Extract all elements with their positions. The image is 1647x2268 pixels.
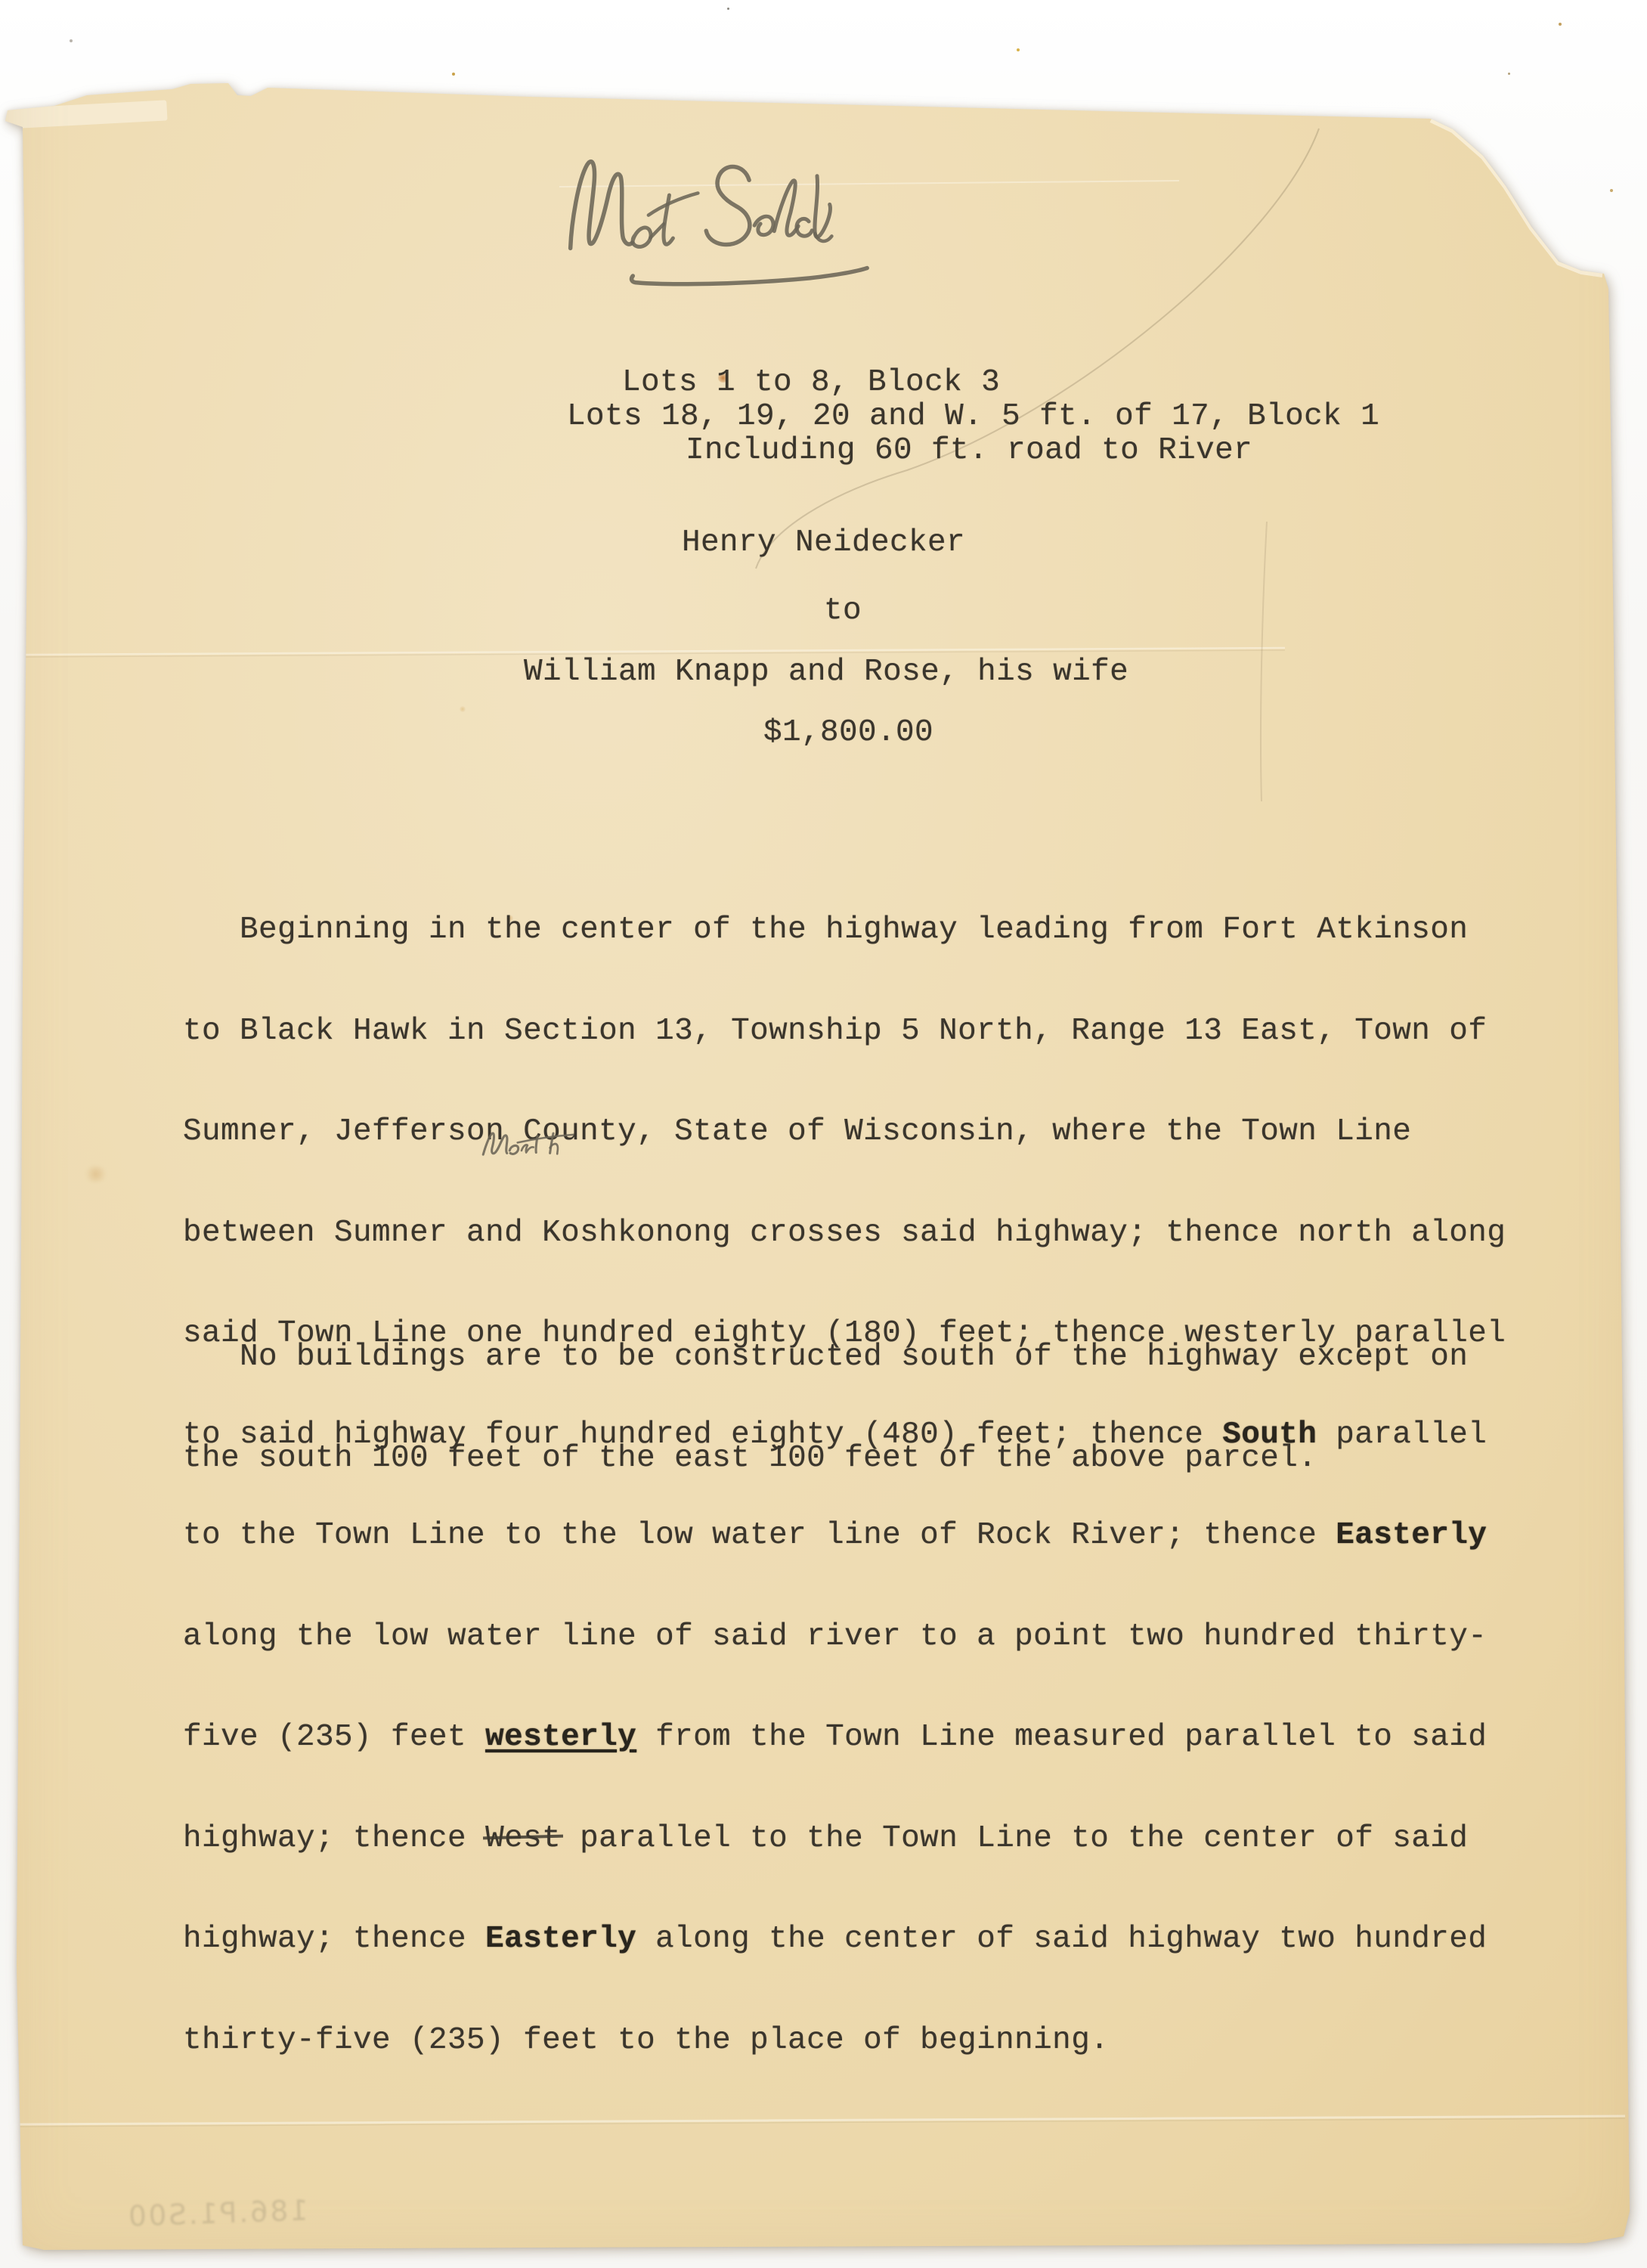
transfer-connector: to — [824, 594, 862, 628]
header-line-1: Lots 1 to 8, Block 3 — [622, 366, 1000, 400]
legal-line-segment: from the Town Line measured parallel to … — [636, 1720, 1487, 1755]
legal-line-segment: five (235) feet — [183, 1720, 485, 1755]
legal-line-segment: along the center of said highway two hun… — [636, 1922, 1487, 1957]
stain-spot — [460, 706, 466, 712]
folded-edge-tab — [4, 100, 167, 129]
legal-line: along the low water line of said river t… — [183, 1620, 1506, 1654]
grantee-name: William Knapp and Rose, his wife — [524, 655, 1128, 689]
underlined-word: westerly — [485, 1720, 636, 1755]
legal-line-segment: highway; thence — [183, 1821, 485, 1856]
legal-line: five (235) feet westerly from the Town L… — [183, 1721, 1506, 1755]
header-line-3: Including 60 ft. road to River — [686, 434, 1252, 468]
legal-line: thirty-five (235) feet to the place of b… — [183, 2024, 1506, 2058]
legal-line-segment: parallel to the Town Line to the center … — [561, 1821, 1468, 1856]
restriction-paragraph: No buildings are to be constructed south… — [183, 1273, 1468, 1542]
legal-line: Beginning in the center of the highway l… — [183, 913, 1506, 947]
north-correction-handwriting: North — [479, 1128, 585, 1161]
not-sold-handwriting: Not Sold — [558, 144, 878, 293]
restriction-line: the south 100 feet of the east 100 feet … — [183, 1442, 1468, 1476]
legal-line-segment: highway; thence — [183, 1922, 485, 1957]
struck-word-west: West — [485, 1821, 561, 1856]
legal-line: to Black Hawk in Section 13, Township 5 … — [183, 1015, 1506, 1049]
legal-line: highway; thence West parallel to the Tow… — [183, 1822, 1506, 1856]
legal-line: between Sumner and Koshkonong crosses sa… — [183, 1216, 1506, 1250]
restriction-line: No buildings are to be constructed south… — [183, 1340, 1468, 1374]
stain-spot — [85, 1166, 107, 1182]
legal-line: Sumner, Jefferson County, State of Wisco… — [183, 1115, 1506, 1149]
document-paper-shadow: Not Sold Lots 1 to 8, Block 3 — [0, 0, 1647, 2268]
header-line-2: Lots 18, 19, 20 and W. 5 ft. of 17, Bloc… — [567, 400, 1379, 434]
sale-amount: $1,800.00 — [763, 716, 933, 750]
legal-line: highway; thence Easterly along the cente… — [183, 1923, 1506, 1957]
grantor-name: Henry Neidecker — [682, 526, 965, 560]
document-paper: Not Sold Lots 1 to 8, Block 3 — [0, 0, 1647, 2268]
overtyped-word: Easterly — [485, 1922, 636, 1957]
reverse-bleed-marking: 186.P1.S00 — [58, 2194, 309, 2248]
scanner-background: Not Sold Lots 1 to 8, Block 3 — [0, 0, 1647, 2268]
